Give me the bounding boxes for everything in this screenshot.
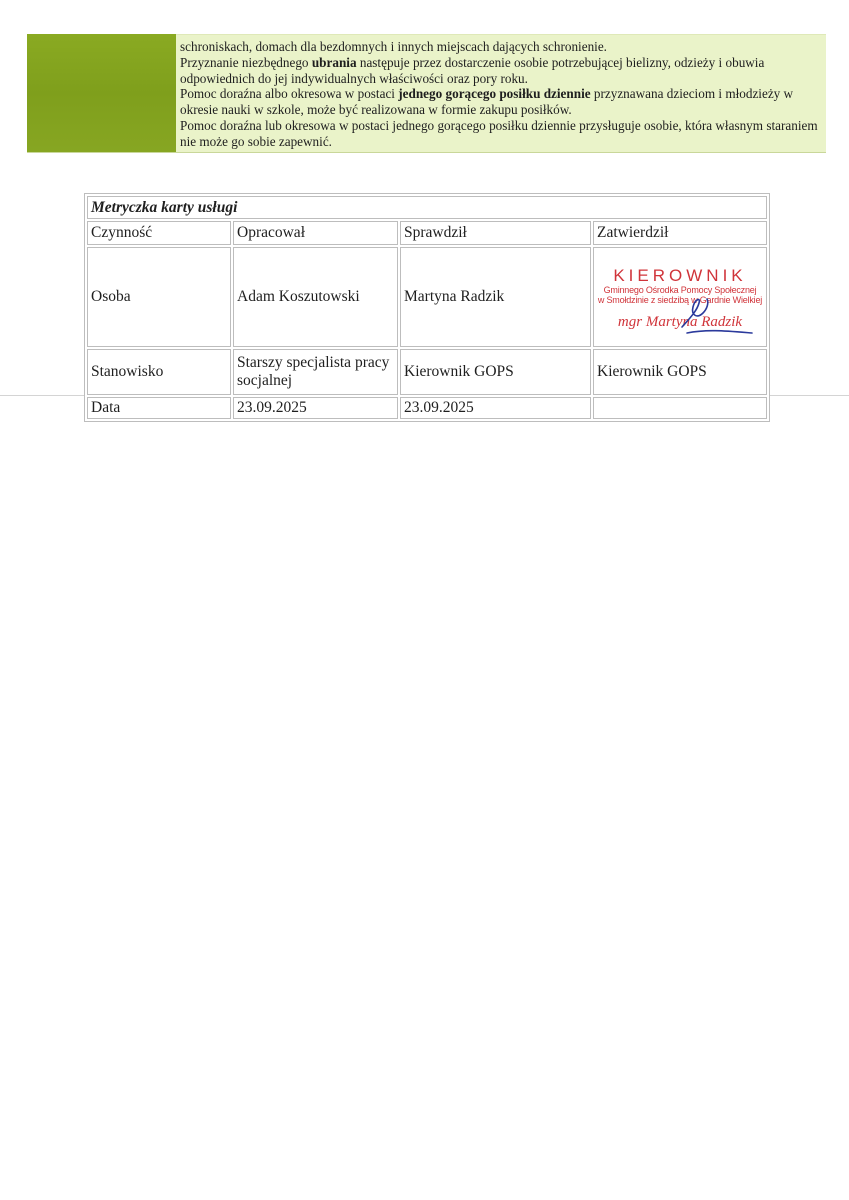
info-paragraph: Pomoc doraźna albo okresowa w postaci je…: [180, 86, 818, 118]
row-label-data: Data: [87, 397, 231, 419]
stamp-line-1: Gminnego Ośrodka Pomocy Społecznej: [597, 285, 763, 295]
table-row: Osoba Adam Koszutowski Martyna Radzik KI…: [87, 247, 767, 347]
info-paragraph: Przyznanie niezbędnego ubrania następuje…: [180, 55, 818, 87]
stamp-title: KIEROWNIK: [597, 267, 763, 285]
stamp-name: mgr Martyna Radzik: [597, 314, 763, 330]
info-paragraph: schroniskach, domach dla bezdomnych i in…: [180, 39, 818, 55]
cell-osoba-zatwierdzil: KIEROWNIK Gminnego Ośrodka Pomocy Społec…: [593, 247, 767, 347]
table-title-row: Metryczka karty usługi: [87, 196, 767, 219]
header-sprawdzil: Sprawdził: [400, 221, 591, 245]
table-header-row: Czynność Opracował Sprawdził Zatwierdził: [87, 221, 767, 245]
header-opracowal: Opracował: [233, 221, 398, 245]
metryczka-table: Metryczka karty usługi Czynność Opracowa…: [84, 193, 770, 422]
cell-osoba-sprawdzil: Martyna Radzik: [400, 247, 591, 347]
row-label-osoba: Osoba: [87, 247, 231, 347]
stamp-line-2: w Smołdzinie z siedzibą w Gardnie Wielki…: [597, 295, 763, 305]
cell-data-opracowal: 23.09.2025: [233, 397, 398, 419]
table-row: Data 23.09.2025 23.09.2025: [87, 397, 767, 419]
header-zatwierdzil: Zatwierdził: [593, 221, 767, 245]
info-box-text: schroniskach, domach dla bezdomnych i in…: [176, 34, 826, 152]
green-accent-bar: [27, 34, 176, 152]
cell-stanowisko-sprawdzil: Kierownik GOPS: [400, 349, 591, 395]
cell-stanowisko-zatwierdzil: Kierownik GOPS: [593, 349, 767, 395]
cell-data-zatwierdzil: [593, 397, 767, 419]
table-title: Metryczka karty usługi: [87, 196, 767, 219]
header-czynnosc: Czynność: [87, 221, 231, 245]
info-paragraph: Pomoc doraźna lub okresowa w postaci jed…: [180, 118, 818, 150]
row-label-stanowisko: Stanowisko: [87, 349, 231, 395]
cell-osoba-opracowal: Adam Koszutowski: [233, 247, 398, 347]
table-row: Stanowisko Starszy specjalista pracy soc…: [87, 349, 767, 395]
official-stamp: KIEROWNIK Gminnego Ośrodka Pomocy Społec…: [597, 265, 763, 330]
cell-stanowisko-opracowal: Starszy specjalista pracy socjalnej: [233, 349, 398, 395]
cell-data-sprawdzil: 23.09.2025: [400, 397, 591, 419]
info-box: schroniskach, domach dla bezdomnych i in…: [27, 34, 826, 153]
